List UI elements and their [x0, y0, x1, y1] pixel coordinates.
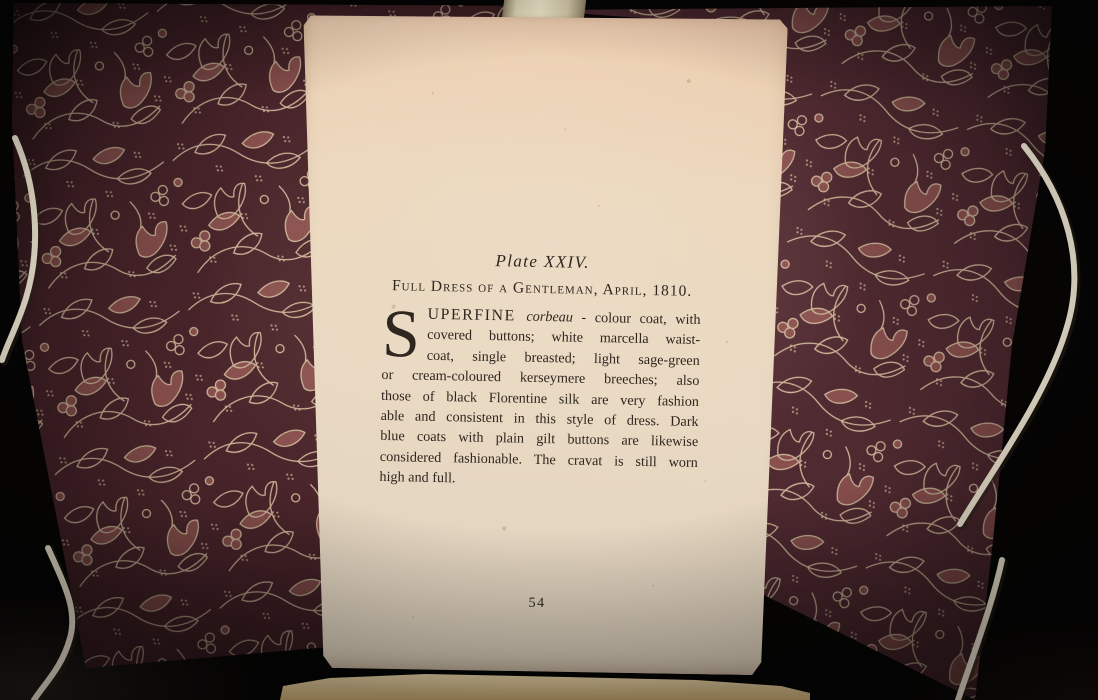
plate-title: Plate XXIV.	[383, 249, 701, 274]
paragraph: S UPERFINE corbeau - colour coat, withco…	[379, 304, 700, 494]
page-number: 54	[378, 594, 696, 615]
photographed-book-scene: Plate XXIV. Full Dress of a Gentleman, A…	[0, 0, 1098, 700]
paragraph-lines: UPERFINE corbeau - colour coat, withcove…	[379, 304, 700, 494]
book-page: Plate XXIV. Full Dress of a Gentleman, A…	[291, 4, 797, 675]
plate-caption: Full Dress of a Gentleman, April, 1810.	[383, 277, 701, 300]
tie-cord-left-lower	[34, 548, 72, 700]
drop-cap: S	[382, 307, 421, 366]
page-text-block: Plate XXIV. Full Dress of a Gentleman, A…	[379, 249, 702, 494]
